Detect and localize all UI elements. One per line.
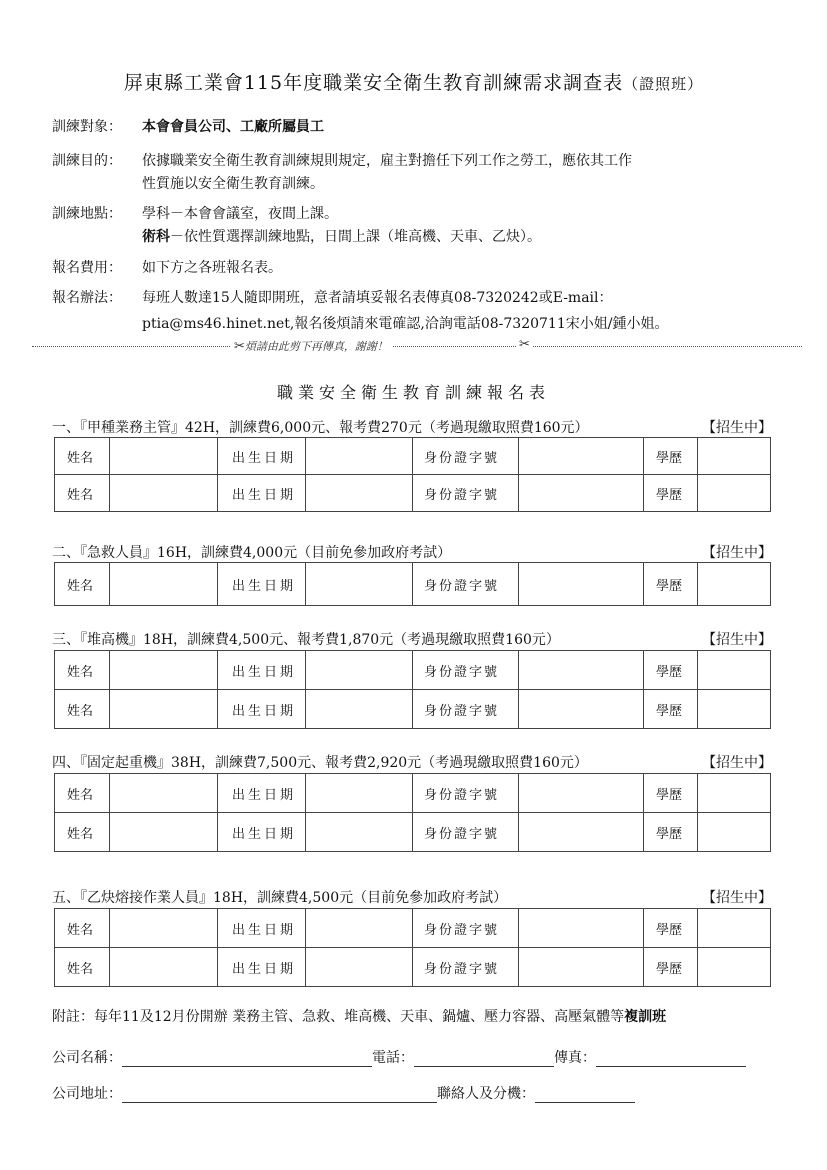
name-input[interactable] xyxy=(110,909,218,948)
edu-label: 學歷 xyxy=(644,475,698,512)
edu-input[interactable] xyxy=(698,909,771,948)
footnote: 附註：每年11及12月份開辦 業務主管、急救、堆高機、天車、鍋爐、壓力容器、高壓… xyxy=(52,1006,666,1026)
birth-label: 出生日期 xyxy=(218,813,306,852)
contact-field[interactable] xyxy=(535,1086,635,1103)
footnote-bold: 複訓班 xyxy=(624,1009,666,1025)
cut-note-text: 煩請由此剪下再傳真，謝謝！ xyxy=(245,340,388,353)
id-label: 身份證字號 xyxy=(413,475,519,512)
birth-label: 出生日期 xyxy=(218,948,306,987)
id-label: 身份證字號 xyxy=(413,563,519,606)
location-label: 訓練地點： xyxy=(52,203,142,226)
company-name-field[interactable] xyxy=(122,1050,372,1067)
fee-value: 如下方之各班報名表。 xyxy=(142,260,282,276)
name-input[interactable] xyxy=(110,813,218,852)
phone-field[interactable] xyxy=(414,1050,554,1067)
name-input[interactable] xyxy=(110,475,218,512)
purpose-label: 訓練目的： xyxy=(52,150,142,173)
birth-input[interactable] xyxy=(306,651,413,690)
name-label: 姓名 xyxy=(55,948,110,987)
section-heading: 五、『乙炔熔接作業人員』18H，訓練費4,500元（目前免參加政府考試） 【招生… xyxy=(52,887,772,907)
id-input[interactable] xyxy=(519,438,644,475)
form-title: 職業安全衛生教育訓練報名表 xyxy=(0,380,827,403)
company-address-row: 公司地址：聯絡人及分機： xyxy=(52,1083,635,1103)
id-label: 身份證字號 xyxy=(413,690,519,729)
id-label: 身份證字號 xyxy=(413,909,519,948)
edu-label: 學歷 xyxy=(644,651,698,690)
location-line2: －依性質選擇訓練地點，日間上課（堆高機、天車、乙炔）。 xyxy=(170,229,541,245)
info-fee: 報名費用：如下方之各班報名表。 xyxy=(52,257,282,280)
edu-input[interactable] xyxy=(698,813,771,852)
registration-table: 姓名 出生日期 身份證字號 學歷 姓名 出生日期 身份證字號 學歷 xyxy=(54,908,771,987)
info-location: 訓練地點：學科－本會會議室，夜間上課。 術科－依性質選擇訓練地點，日間上課（堆高… xyxy=(52,203,541,249)
purpose-line2: 性質施以安全衛生教育訓練。 xyxy=(142,176,324,192)
company-name-row: 公司名稱：電話：傳真： xyxy=(52,1047,746,1067)
birth-label: 出生日期 xyxy=(218,475,306,512)
id-label: 身份證字號 xyxy=(413,813,519,852)
info-purpose: 訓練目的：依據職業安全衛生教育訓練規則規定，雇主對擔任下列工作之勞工，應依其工作… xyxy=(52,150,632,196)
info-method: 報名辦法：每班人數達15人隨即開班，意者請填妥報名表傳真08-7320242或E… xyxy=(52,285,668,337)
table-row: 姓名 出生日期 身份證字號 學歷 xyxy=(55,690,771,729)
fax-label: 傳真： xyxy=(554,1050,596,1066)
status-badge: 【招生中】 xyxy=(702,752,772,772)
cut-note: ✂煩請由此剪下再傳真，謝謝！ xyxy=(230,338,392,354)
edu-input[interactable] xyxy=(698,948,771,987)
name-label: 姓名 xyxy=(55,475,110,512)
company-address-field[interactable] xyxy=(122,1086,437,1103)
edu-input[interactable] xyxy=(698,475,771,512)
edu-label: 學歷 xyxy=(644,563,698,606)
birth-input[interactable] xyxy=(306,438,413,475)
status-badge: 【招生中】 xyxy=(702,887,772,907)
section-heading: 二、『急救人員』16H，訓練費4,000元（目前免參加政府考試） 【招生中】 xyxy=(52,542,772,562)
edu-input[interactable] xyxy=(698,774,771,813)
birth-input[interactable] xyxy=(306,475,413,512)
name-label: 姓名 xyxy=(55,651,110,690)
name-input[interactable] xyxy=(110,774,218,813)
edu-input[interactable] xyxy=(698,563,771,606)
status-badge: 【招生中】 xyxy=(702,417,772,437)
table-row: 姓名 出生日期 身份證字號 學歷 xyxy=(55,438,771,475)
edu-label: 學歷 xyxy=(644,813,698,852)
edu-input[interactable] xyxy=(698,438,771,475)
section-heading: 三、『堆高機』18H，訓練費4,500元、報考費1,870元（考過現繳取照費16… xyxy=(52,629,772,649)
table-row: 姓名 出生日期 身份證字號 學歷 xyxy=(55,909,771,948)
section-heading: 一、『甲種業務主管』42H，訓練費6,000元、報考費270元（考過現繳取照費1… xyxy=(52,417,772,437)
phone-label: 電話： xyxy=(372,1050,414,1066)
target-label: 訓練對象： xyxy=(52,116,142,139)
name-label: 姓名 xyxy=(55,909,110,948)
location-line1: 學科－本會會議室，夜間上課。 xyxy=(142,206,338,222)
name-label: 姓名 xyxy=(55,563,110,606)
page-title: 屏東縣工業會115年度職業安全衛生教育訓練需求調查表（證照班） xyxy=(0,68,827,95)
name-label: 姓名 xyxy=(55,813,110,852)
contact-label: 聯絡人及分機： xyxy=(437,1086,535,1102)
fax-field[interactable] xyxy=(596,1050,746,1067)
table-row: 姓名 出生日期 身份證字號 學歷 xyxy=(55,774,771,813)
status-badge: 【招生中】 xyxy=(702,629,772,649)
method-line1: 每班人數達15人隨即開班，意者請填妥報名表傳真08-7320242或E-mail… xyxy=(142,290,613,306)
id-label: 身份證字號 xyxy=(413,651,519,690)
id-input[interactable] xyxy=(519,475,644,512)
birth-label: 出生日期 xyxy=(218,651,306,690)
id-input[interactable] xyxy=(519,563,644,606)
birth-input[interactable] xyxy=(306,948,413,987)
id-label: 身份證字號 xyxy=(413,774,519,813)
status-badge: 【招生中】 xyxy=(702,542,772,562)
company-address-label: 公司地址： xyxy=(52,1086,122,1102)
edu-input[interactable] xyxy=(698,651,771,690)
title-text: 屏東縣工業會115年度職業安全衛生教育訓練需求調查表 xyxy=(124,72,623,94)
method-label: 報名辦法： xyxy=(52,285,142,311)
footnote-text: 附註：每年11及12月份開辦 業務主管、急救、堆高機、天車、鍋爐、壓力容器、高壓… xyxy=(52,1009,624,1025)
scissors-icon: ✂ xyxy=(517,337,532,352)
section-title: 三、『堆高機』18H，訓練費4,500元、報考費1,870元（考過現繳取照費16… xyxy=(52,632,560,648)
title-suffix: （證照班） xyxy=(623,75,703,93)
method-line2: ptia@ms46.hinet.net,報名後煩請來電確認,洽詢電話08-732… xyxy=(142,316,668,332)
birth-input[interactable] xyxy=(306,690,413,729)
id-label: 身份證字號 xyxy=(413,948,519,987)
birth-label: 出生日期 xyxy=(218,774,306,813)
id-input[interactable] xyxy=(519,651,644,690)
scissors-icon: ✂ xyxy=(234,339,245,354)
registration-table: 姓名 出生日期 身份證字號 學歷 xyxy=(54,562,771,606)
id-input[interactable] xyxy=(519,813,644,852)
edu-label: 學歷 xyxy=(644,909,698,948)
name-input[interactable] xyxy=(110,948,218,987)
registration-table: 姓名 出生日期 身份證字號 學歷 姓名 出生日期 身份證字號 學歷 xyxy=(54,773,771,852)
birth-input[interactable] xyxy=(306,774,413,813)
name-label: 姓名 xyxy=(55,774,110,813)
section-heading: 四、『固定起重機』38H，訓練費7,500元、報考費2,920元（考過現繳取照費… xyxy=(52,752,772,772)
table-row: 姓名 出生日期 身份證字號 學歷 xyxy=(55,813,771,852)
target-value: 本會會員公司、工廠所屬員工 xyxy=(142,119,324,135)
table-row: 姓名 出生日期 身份證字號 學歷 xyxy=(55,651,771,690)
name-label: 姓名 xyxy=(55,438,110,475)
fee-label: 報名費用： xyxy=(52,257,142,280)
id-label: 身份證字號 xyxy=(413,438,519,475)
birth-input[interactable] xyxy=(306,563,413,606)
birth-label: 出生日期 xyxy=(218,690,306,729)
edu-label: 學歷 xyxy=(644,774,698,813)
edu-label: 學歷 xyxy=(644,948,698,987)
table-row: 姓名 出生日期 身份證字號 學歷 xyxy=(55,948,771,987)
table-row: 姓名 出生日期 身份證字號 學歷 xyxy=(55,563,771,606)
birth-label: 出生日期 xyxy=(218,438,306,475)
birth-input[interactable] xyxy=(306,909,413,948)
table-row: 姓名 出生日期 身份證字號 學歷 xyxy=(55,475,771,512)
id-input[interactable] xyxy=(519,690,644,729)
id-input[interactable] xyxy=(519,909,644,948)
name-input[interactable] xyxy=(110,438,218,475)
birth-label: 出生日期 xyxy=(218,909,306,948)
info-target: 訓練對象：本會會員公司、工廠所屬員工 xyxy=(52,116,324,139)
edu-label: 學歷 xyxy=(644,438,698,475)
purpose-line1: 依據職業安全衛生教育訓練規則規定，雇主對擔任下列工作之勞工，應依其工作 xyxy=(142,153,632,169)
section-title: 二、『急救人員』16H，訓練費4,000元（目前免參加政府考試） xyxy=(52,545,451,561)
name-input[interactable] xyxy=(110,651,218,690)
registration-table: 姓名 出生日期 身份證字號 學歷 姓名 出生日期 身份證字號 學歷 xyxy=(54,650,771,729)
birth-input[interactable] xyxy=(306,813,413,852)
id-input[interactable] xyxy=(519,948,644,987)
section-title: 四、『固定起重機』38H，訓練費7,500元、報考費2,920元（考過現繳取照費… xyxy=(52,755,588,771)
edu-label: 學歷 xyxy=(644,690,698,729)
name-label: 姓名 xyxy=(55,690,110,729)
location-line2-bold: 術科 xyxy=(142,229,170,245)
registration-table: 姓名 出生日期 身份證字號 學歷 姓名 出生日期 身份證字號 學歷 xyxy=(54,437,771,512)
company-name-label: 公司名稱： xyxy=(52,1050,122,1066)
edu-input[interactable] xyxy=(698,690,771,729)
name-input[interactable] xyxy=(110,690,218,729)
birth-label: 出生日期 xyxy=(218,563,306,606)
cut-line xyxy=(32,346,802,347)
section-title: 一、『甲種業務主管』42H，訓練費6,000元、報考費270元（考過現繳取照費1… xyxy=(52,420,589,436)
id-input[interactable] xyxy=(519,774,644,813)
section-title: 五、『乙炔熔接作業人員』18H，訓練費4,500元（目前免參加政府考試） xyxy=(52,890,507,906)
name-input[interactable] xyxy=(110,563,218,606)
